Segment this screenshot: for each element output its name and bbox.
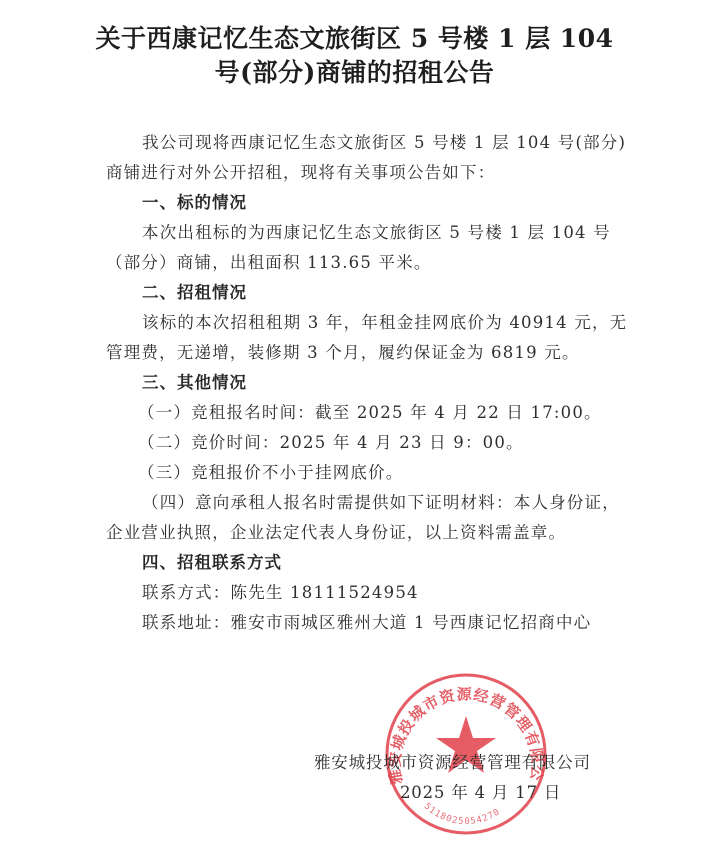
- document-body: 我公司现将西康记忆生态文旅街区 5 号楼 1 层 104 号(部分) 商铺进行对…: [106, 128, 606, 638]
- title-line-2: 号(部分)商铺的招租公告: [0, 56, 709, 90]
- signature-date: 2025 年 4 月 17 日: [400, 778, 561, 808]
- section-heading-lease: 二、招租情况: [106, 278, 606, 308]
- intro-line-2: 商铺进行对外公开招租，现将有关事项公告如下：: [106, 158, 606, 188]
- intro-line-1: 我公司现将西康记忆生态文旅街区 5 号楼 1 层 104 号(部分): [106, 128, 606, 158]
- other-item-3: （三）竞租报价不小于挂网底价。: [106, 458, 606, 488]
- lease-line-1: 该标的本次招租租期 3 年，年租金挂网底价为 40914 元，无: [106, 308, 606, 338]
- contact-phone: 联系方式：陈先生 18111524954: [106, 578, 606, 608]
- contact-address: 联系地址：雅安市雨城区雅州大道 1 号西康记忆招商中心: [106, 608, 606, 638]
- other-item-4-cont: 企业营业执照，企业法定代表人身份证，以上资料需盖章。: [106, 518, 606, 548]
- other-item-4: （四）意向承租人报名时需提供如下证明材料：本人身份证，: [106, 488, 606, 518]
- lease-line-2: 管理费，无递增，装修期 3 个月，履约保证金为 6819 元。: [106, 338, 606, 368]
- subject-line-1: 本次出租标的为西康记忆生态文旅街区 5 号楼 1 层 104 号: [106, 218, 606, 248]
- subject-line-2: （部分）商铺，出租面积 113.65 平米。: [106, 248, 606, 278]
- section-heading-contact: 四、招租联系方式: [106, 548, 606, 578]
- document-title: 关于西康记忆生态文旅街区 5 号楼 1 层 104 号(部分)商铺的招租公告: [0, 22, 709, 90]
- section-heading-other: 三、其他情况: [106, 368, 606, 398]
- signature-company: 雅安城投城市资源经营管理有限公司: [314, 748, 591, 778]
- title-line-1: 关于西康记忆生态文旅街区 5 号楼 1 层 104: [0, 22, 709, 56]
- other-item-1: （一）竞租报名时间：截至 2025 年 4 月 22 日 17:00。: [106, 398, 606, 428]
- section-heading-subject: 一、标的情况: [106, 188, 606, 218]
- other-item-2: （二）竞价时间：2025 年 4 月 23 日 9：00。: [106, 428, 606, 458]
